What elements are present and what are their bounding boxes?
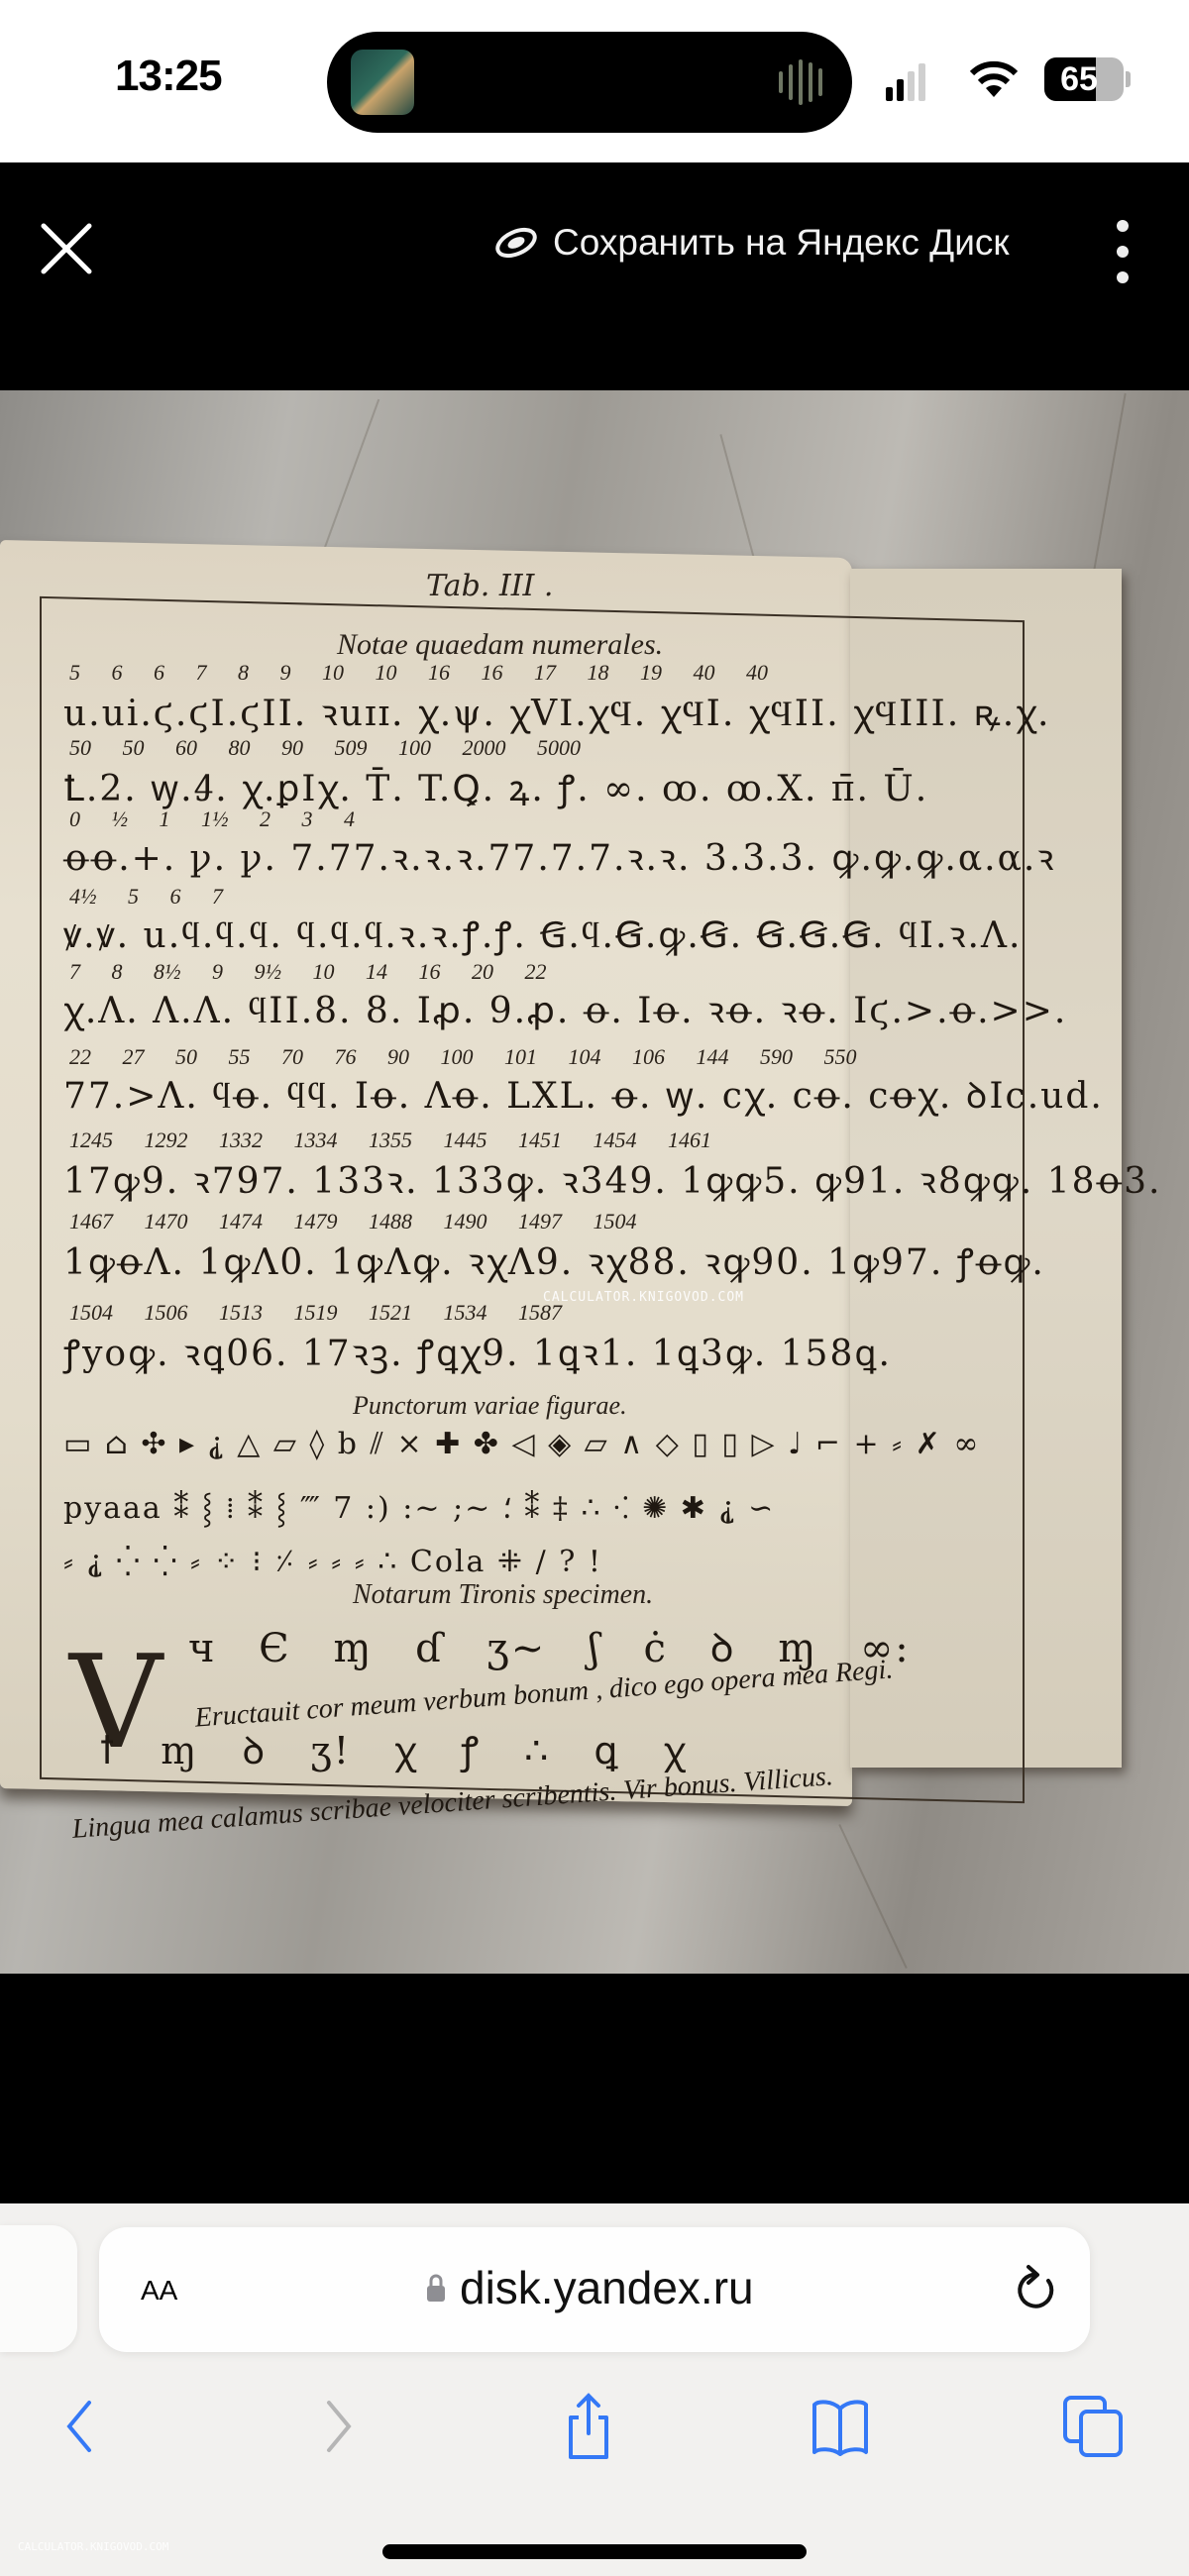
numeral-row: 0 ½ 1 1½ 2 3 4 (69, 806, 355, 832)
viewer-bottom-area (0, 1974, 1189, 2203)
glyph-row: u.ui.ϛ.ϛI.ϛII. ꝛuɪɪ. ꭓ.ψ. ꭓVI.ꭓϤ. ꭓϤI. ꭓ… (63, 688, 1051, 736)
punctuation-title: Punctorum variae figurae. (353, 1391, 627, 1421)
save-label: Сохранить на Яндекс Диск (553, 222, 1010, 264)
cellular-signal-icon (886, 59, 925, 101)
dynamic-island[interactable] (327, 32, 852, 133)
status-bar: 13:25 65 (0, 0, 1189, 162)
reader-options-button[interactable]: AA (141, 2265, 177, 2309)
safari-nav-row (0, 2382, 1189, 2471)
glyph-row: ꝋꝋ.+. ꝩ. ꝩ. 7.77.ꝛ.ꝛ.ꝛ.77.7.7.ꝛ.ꝛ. 3.3.3… (63, 832, 1055, 881)
close-icon[interactable] (38, 220, 95, 277)
glyph-row: ꝟ.ꝟ. u.ϥ.ϥ.ϥ. ϥ.ϥ.ϥ.ꝛ.ꝛ.ꝭ.ꝭ. Ꞡ.ϥ.Ꞡ.ꝙ.Ꞡ. … (63, 910, 1022, 958)
safari-toolbar: AA disk.yandex.ru (0, 2203, 1189, 2576)
battery-cap (1126, 71, 1131, 87)
reload-icon[interactable] (1011, 2261, 1060, 2316)
glyph-row: 17ꝙ9. ꝛ797. 133ꝛ. 133ꝙ. ꝛ349. 1ꝙꝙ5. ꝙ91.… (63, 1155, 1161, 1204)
punctuation-row: ⸗ ⸘ ⁛ ⁛ ⸗ ⁘ ⁝ ⸓ ⸗ ⸗ ⸗ ∴ Cola ⁜ / ? ! (63, 1540, 602, 1580)
photo-view[interactable]: Tab. III . Notae quaedam numerales. 5 6 … (0, 390, 1189, 1974)
tironian-title: Notarum Tironis specimen. (353, 1579, 653, 1611)
numeral-row: 5 6 6 7 8 9 10 10 16 16 17 18 19 40 40 (69, 660, 768, 686)
save-to-yandex-disk-button[interactable]: Сохранить на Яндекс Диск (493, 222, 1010, 264)
wifi-icon (967, 55, 1021, 99)
glyph-row: ꭓ.Λ. Λ.Λ. ϥII.8. 8. Iꝓ. 9.ꝓ. ꝋ. Iꝋ. ꝛꝋ. … (63, 985, 1067, 1033)
viewer-header: Сохранить на Яндекс Диск (0, 162, 1189, 390)
share-icon (559, 2392, 618, 2461)
share-button[interactable] (549, 2382, 628, 2471)
book-icon (809, 2395, 872, 2458)
url-display[interactable]: disk.yandex.ru (426, 2261, 754, 2314)
tironian-symbols-2: ꝉ ɱ ꝺ ʒ! ꭓ ꝭ ∴ ꝗ ꭓ (99, 1724, 687, 1775)
numerals-title: Notae quaedam numerales. (337, 628, 663, 662)
numeral-row: 1467 1470 1474 1479 1488 1490 1497 1504 (69, 1209, 637, 1234)
chevron-left-icon (59, 2397, 99, 2456)
numeral-row: 1504 1506 1513 1519 1521 1534 1587 (69, 1300, 562, 1326)
watermark: CALCULATOR.KNIGOVOD.COM (543, 1290, 744, 1305)
plate-title: Tab. III . (426, 569, 553, 603)
forward-button[interactable] (299, 2382, 378, 2471)
tabs-icon (1061, 2394, 1127, 2459)
numeral-row: 1245 1292 1332 1334 1355 1445 1451 1454 … (69, 1127, 711, 1153)
home-indicator[interactable] (382, 2544, 807, 2559)
glyph-row: 77.>Λ. ϥꝋ. ϥϥ. Iꝋ. Λꝋ. LXL. ꝋ. ꝡ. cꭓ. cꝋ… (63, 1070, 1104, 1119)
punctuation-row: pyaaa ⁑ ⸾ ⁞ ⁑ ⸾ ⁗ 7 :) :~ ;~ ⸵ ⁑ ‡ ∴ ⁖ ✺… (63, 1486, 775, 1527)
battery-level: 65 (1044, 57, 1114, 101)
url-text: disk.yandex.ru (460, 2261, 754, 2314)
back-button[interactable] (40, 2382, 119, 2471)
numeral-row: 4½ 5 6 7 (69, 884, 223, 910)
now-playing-artwork (351, 50, 414, 115)
lock-icon (426, 2273, 446, 2303)
audio-waveform-icon (779, 59, 822, 105)
address-bar[interactable]: AA disk.yandex.ru (99, 2227, 1090, 2352)
glyph-row: 1ꝙꝋΛ. 1ꝙΛ0. 1ꝙΛꝙ. ꝛꭓΛ9. ꝛꭓ88. ꝛꝙ90. 1ꝙ97… (63, 1236, 1045, 1285)
punctuation-row: ▭ ⌂ ✣ ▸ ⸘ △ ▱ ◊ b ⫽ × ✚ ✤ ◁ ◈ ▱ ∧ ◇ ▯ ▯ … (63, 1427, 980, 1461)
numeral-row: 7 8 8½ 9 9½ 10 14 16 20 22 (69, 959, 547, 985)
glyph-row: Ꝉ.2. ꝡ.Ꜭ. ꭓ.ꝑIꭓ. T̄. T.Ꝗ. ꝝ. ꝭ. ∞. ꝏ. ꝏ.… (63, 763, 928, 811)
numeral-row: 50 50 60 80 90 509 100 2000 5000 (69, 735, 581, 761)
chevron-right-icon (319, 2397, 359, 2456)
watermark: CALCULATOR.KNIGOVOD.COM (18, 2540, 168, 2553)
status-time: 13:25 (115, 52, 222, 101)
battery-icon: 65 (1044, 57, 1124, 101)
previous-tab-peek[interactable] (0, 2225, 77, 2352)
bookmarks-button[interactable] (801, 2382, 880, 2471)
more-options-button[interactable] (1108, 220, 1137, 283)
more-vertical-icon (1117, 220, 1129, 232)
tabs-button[interactable] (1054, 2382, 1134, 2471)
yandex-disk-icon (493, 226, 539, 260)
glyph-row: ꝭyoꝙ. ꝛꝗ06. 17ꝛꝫ. ꝭꝗꭓ9. 1ꝗꝛ1. 1ꝗ3ꝙ. 158ꝗ… (63, 1328, 892, 1376)
numeral-row: 22 27 50 55 70 76 90 100 101 104 106 144… (69, 1044, 857, 1070)
